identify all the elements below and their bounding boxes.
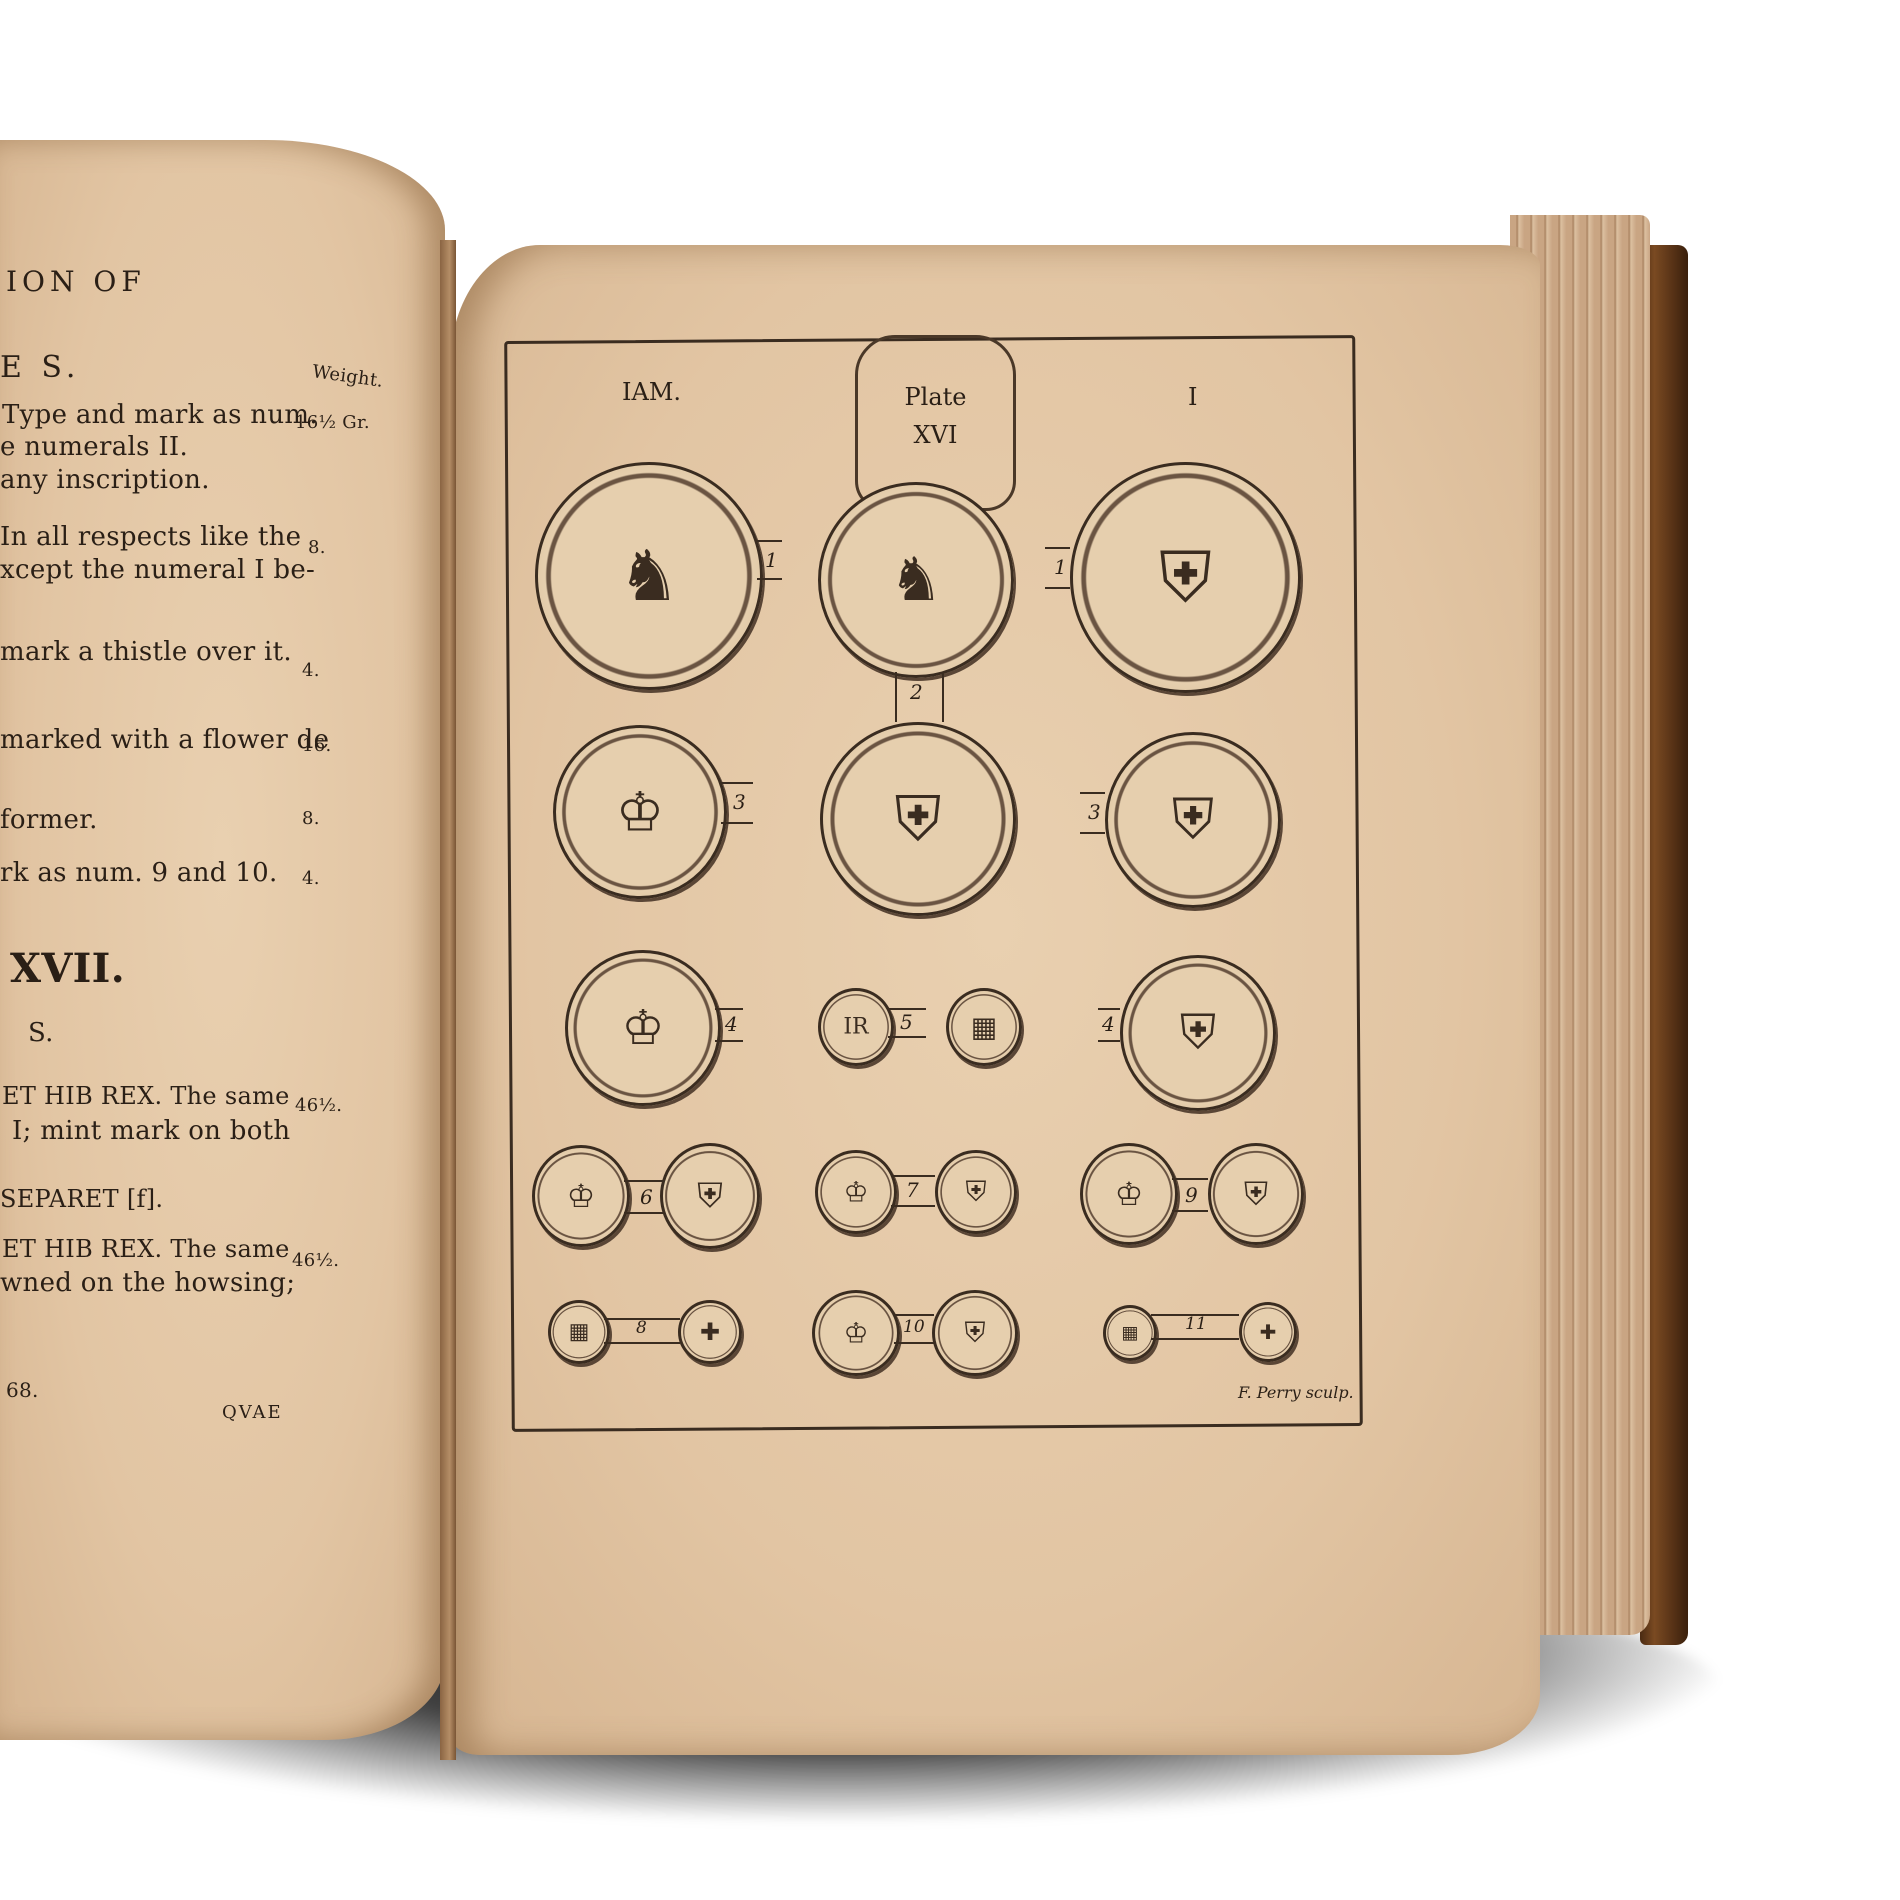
section-subheading: S. [28,1018,54,1048]
weight-value: 4. [302,660,320,681]
coin-number: 1 [1054,555,1067,579]
text-line: wned on the howsing; [0,1268,295,1298]
coin-number: 8 [636,1318,647,1338]
text-line: any inscription. [0,465,210,495]
coin-11-obverse: ▦ [1103,1305,1157,1361]
coin-number: 5 [900,1010,913,1034]
coin-1-reverse: ⛨ [1070,462,1301,693]
engraver-signature: F. Perry sculp. [1238,1383,1354,1402]
plate-label: Plate [858,383,1013,411]
coin-6-reverse: ⛨ [660,1143,760,1249]
coin-shield-reverse: ⛨ [820,722,1016,916]
text-line: mark a thistle over it. [0,637,292,667]
coin-5-obverse: IR [818,988,894,1066]
coin-number: 3 [733,790,746,814]
text-line: xcept the numeral I be- [0,555,315,585]
coin-10-reverse: ⛨ [932,1290,1018,1376]
coin-7-obverse: ♔ [815,1150,897,1234]
coin-1-obverse: ♞ [535,462,763,690]
coin-8-reverse: ✚ [678,1300,742,1364]
coin-5-reverse: ▦ [946,988,1022,1066]
weight-value: 46½. [292,1250,339,1271]
left-page-header: ION OF [6,265,146,298]
coin-number: 4 [725,1012,738,1036]
coin-number: 1 [765,548,778,572]
section-heading: XVII. [10,945,125,992]
text-line: rk as num. 9 and 10. [0,858,278,888]
coin-number: 4 [1102,1012,1115,1036]
coin-9-reverse: ⛨ [1208,1143,1304,1245]
coin-number: 3 [1088,800,1101,824]
book-gutter [440,240,456,1760]
text-line: e numerals II. [0,432,188,462]
plate-left-heading: IAM. [622,378,681,406]
coin-4-reverse: ⛨ [1120,955,1276,1111]
footnote-number: 68. [6,1378,39,1402]
weight-value: 16½ Gr. [295,412,370,433]
coin-number: 7 [906,1178,919,1202]
coin-8-obverse: ▦ [548,1300,610,1364]
coin-3-obverse: ♔ [553,725,727,899]
text-line: In all respects like the [0,522,301,552]
weight-value: 4. [302,868,320,889]
weight-value: 8. [302,808,320,829]
text-line: marked with a flower de [0,725,329,755]
coin-number: 11 [1185,1314,1207,1334]
left-page-subheader: E S. [0,350,80,385]
text-line: former. [0,805,98,835]
catchword: QVAE [222,1402,283,1423]
plate-right-heading: I [1188,383,1197,411]
coin-number: 10 [903,1317,925,1337]
text-line: I; mint mark on both [12,1116,290,1146]
text-line: SEPARET [f]. [0,1185,163,1213]
coin-2-obverse: ♞ [818,482,1014,678]
coin-number: 9 [1185,1183,1198,1207]
coin-7-reverse: ⛨ [935,1150,1017,1234]
text-line: Type and mark as num. [2,400,318,430]
coin-number: 2 [910,680,923,704]
coin-3-reverse: ⛨ [1105,732,1281,908]
coin-6-obverse: ♔ [532,1145,630,1247]
coin-10-obverse: ♔ [812,1290,900,1376]
weight-value: 16. [302,735,332,756]
weight-value: 46½. [295,1095,342,1116]
coin-9-obverse: ♔ [1080,1143,1178,1245]
coin-number: 6 [640,1185,653,1209]
coin-11-reverse: ✚ [1239,1302,1297,1362]
plate-number: XVI [858,421,1013,449]
text-line: ET HIB REX. The same [2,1235,290,1263]
text-line: ET HIB REX. The same [2,1082,290,1110]
coin-4-obverse: ♔ [565,950,721,1106]
